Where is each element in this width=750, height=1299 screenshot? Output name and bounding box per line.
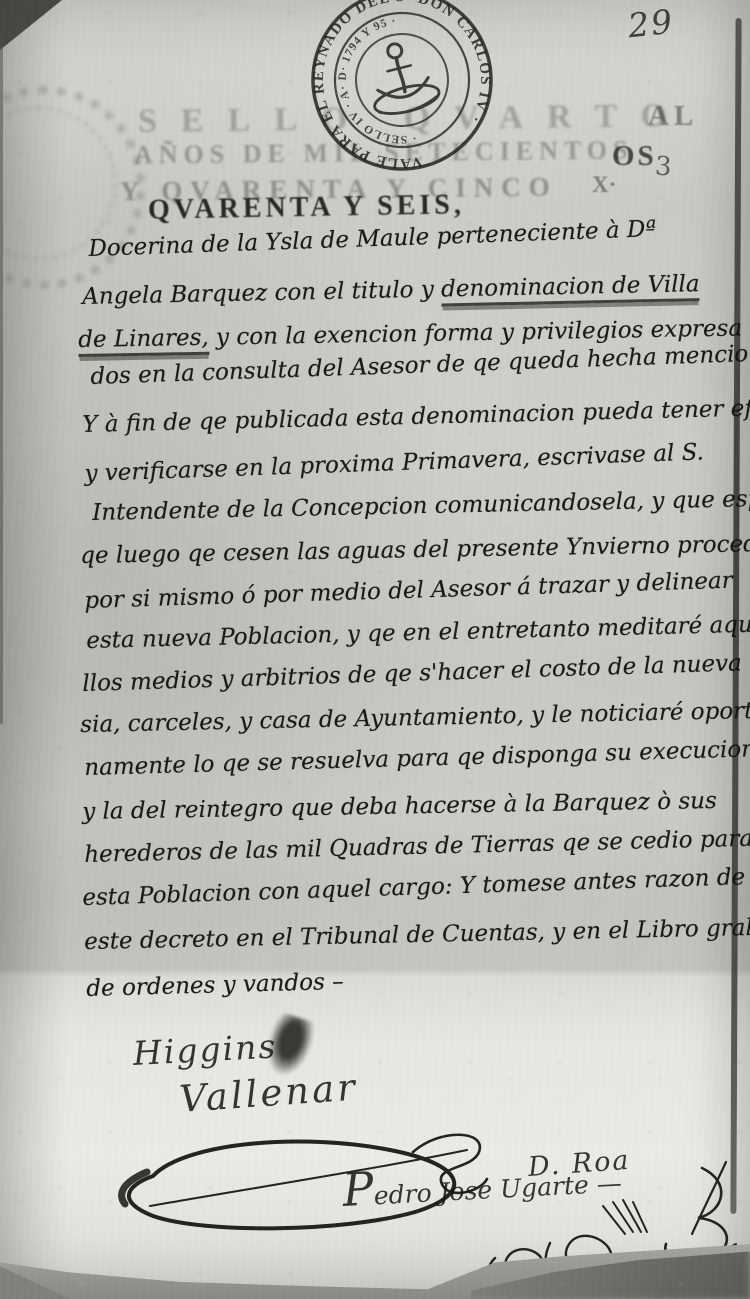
manuscript-line: namente lo qe se resuelva para qe dispon… — [84, 736, 750, 781]
line2-plain: Angela Barquez con el titulo y — [82, 276, 441, 310]
line3-underlined: de Linares, — [78, 325, 209, 357]
seal-anchor-icon — [361, 36, 442, 119]
manuscript-line: y verificarse en la proxima Primavera, e… — [84, 439, 704, 487]
document-photo: 29 SELLO QVARTO AL AÑOS DE MIL SETECIENT… — [0, 0, 750, 1299]
manuscript-line: por si mismo ó por medio del Asesor á tr… — [84, 568, 733, 614]
margin-mark-x: X· — [592, 172, 616, 198]
margin-mark-3: 3 — [654, 151, 673, 182]
letterpress-revalidation-row: QVARENTA Y SEIS, — [148, 189, 465, 227]
manuscript-line: sia, carceles, y casa de Ayuntamiento, y… — [80, 697, 750, 738]
signature-vallenar: Vallenar — [178, 1066, 359, 1121]
folio-number: 29 — [626, 2, 676, 46]
manuscript-line: Intendente de la Concepcion comunicandos… — [92, 485, 750, 526]
manuscript-line: Angela Barquez con el titulo y denominac… — [82, 271, 700, 310]
manuscript-line: herederos de las mil Quadras de Tierras … — [84, 826, 750, 868]
letterpress-row2-fragment: OS — [612, 140, 657, 173]
line2-underlined: denominacion de Villa — [441, 271, 700, 306]
manuscript-line: qe luego qe cesen las aguas del presente… — [80, 531, 750, 569]
letterpress-row1-fragment: AL — [648, 100, 698, 133]
manuscript-line: llos medios y arbitrios de qe s'hacer el… — [82, 648, 750, 697]
photo-corner-top-left — [0, 0, 62, 50]
manuscript-line: y la del reintegro que deba hacerse à la… — [82, 788, 717, 825]
manuscript-line: Y à fin de qe publicada esta denominacio… — [82, 394, 750, 438]
manuscript-line: esta nueva Poblacion, y qe en el entreta… — [86, 611, 750, 654]
manuscript-line: de ordenes y vandos – — [86, 969, 344, 1002]
manuscript-line: este decreto en el Tribunal de Cuentas, … — [84, 915, 750, 955]
signature-higgins: Higgins — [132, 1026, 278, 1073]
manuscript-line: esta Poblacion con aquel cargo: Y tomese… — [82, 864, 746, 911]
